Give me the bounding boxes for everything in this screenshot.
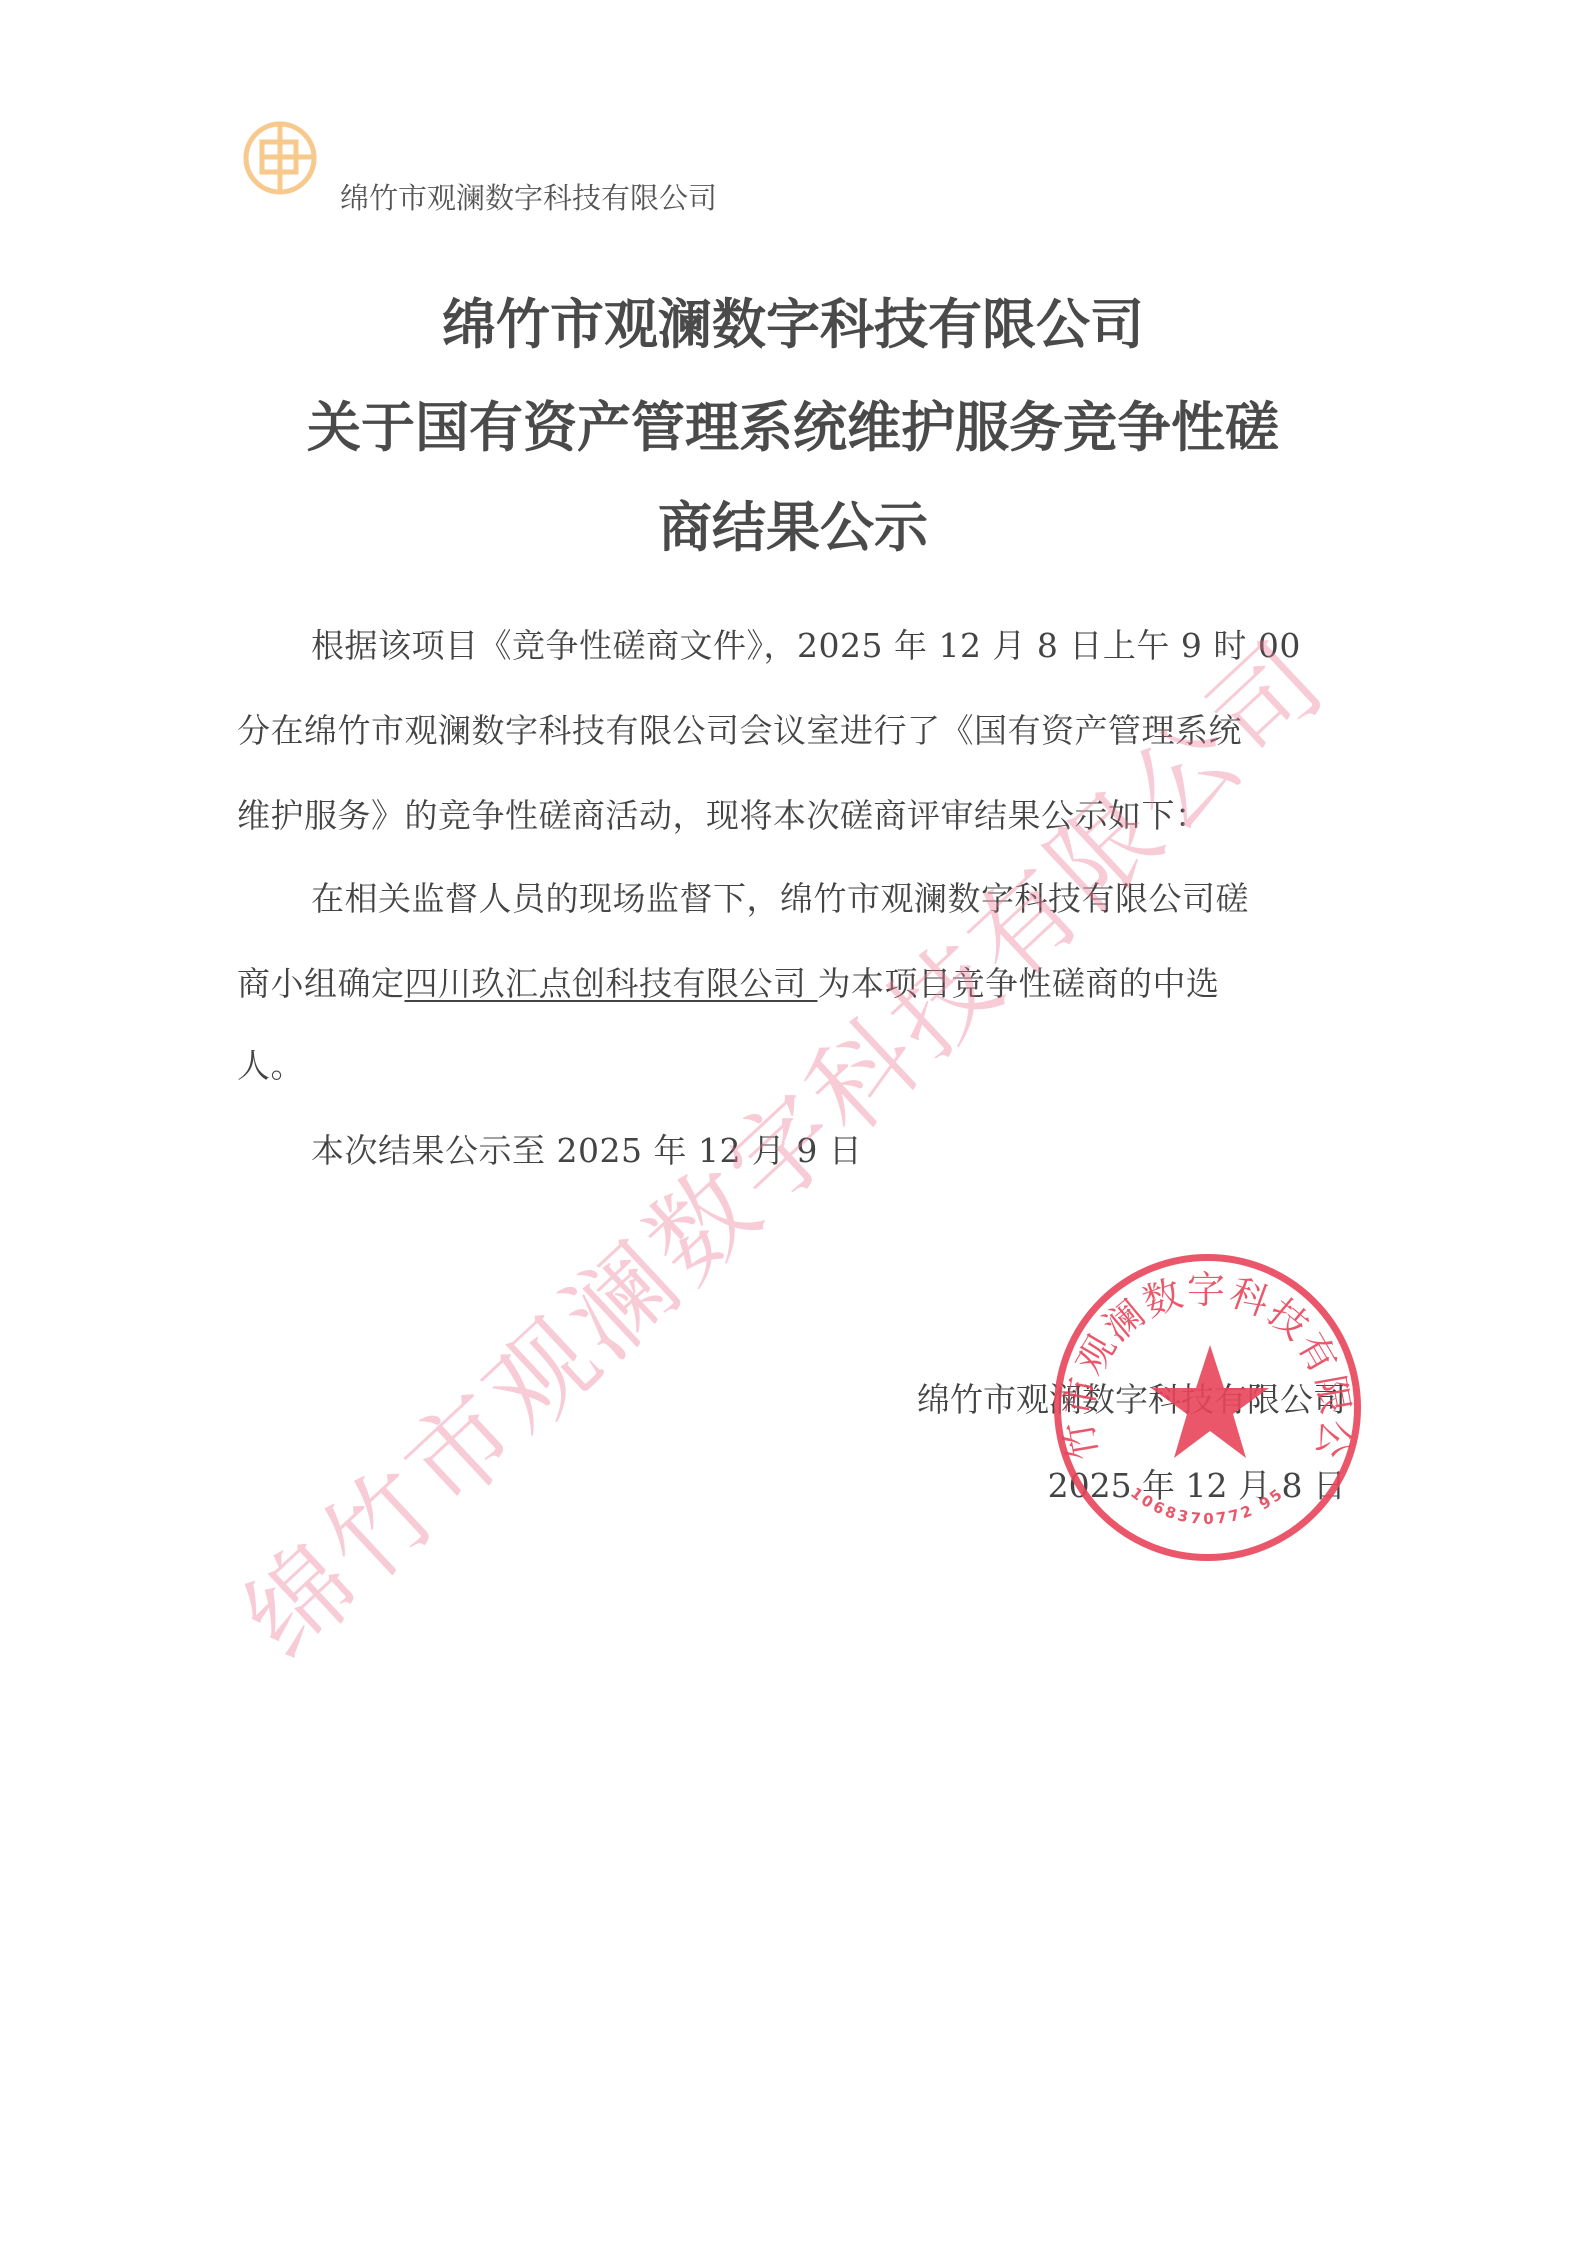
para1-line2: 分在绵竹市观澜数字科技有限公司会议室进行了《国有资产管理系统 bbox=[237, 705, 1242, 752]
seal-text: 绵竹市观澜数字科技有限公司 bbox=[1050, 1250, 1358, 1463]
title-line-3: 商结果公示 bbox=[0, 485, 1586, 562]
svg-text:绵竹市观澜数字科技有限公司: 绵竹市观澜数字科技有限公司 bbox=[1050, 1250, 1358, 1463]
company-logo-icon bbox=[240, 118, 320, 198]
para1-line1: 根据该项目《竞争性磋商文件》，2025 年 12 月 8 日上午 9 时 00 bbox=[311, 620, 1301, 667]
signature-company: 绵竹市观澜数字科技有限公司 bbox=[917, 1374, 1346, 1421]
title-line-1: 绵竹市观澜数字科技有限公司 bbox=[0, 282, 1586, 359]
para2-line1: 在相关监督人员的现场监督下，绵竹市观澜数字科技有限公司磋 bbox=[311, 873, 1249, 920]
para1-line3: 维护服务》的竞争性磋商活动，现将本次磋商评审结果公示如下： bbox=[237, 790, 1209, 837]
signature-date: 2025 年 12 月 8 日 bbox=[1048, 1460, 1346, 1507]
para3-line1: 本次结果公示至 2025 年 12 月 9 日 bbox=[311, 1125, 862, 1172]
para2-suffix: 为本项目竞争性磋商的中选 bbox=[818, 964, 1220, 1003]
para2-line2: 商小组确定四川玖汇点创科技有限公司 为本项目竞争性磋商的中选 bbox=[237, 958, 1220, 1005]
title-line-2: 关于国有资产管理系统维护服务竞争性磋 bbox=[0, 385, 1586, 462]
letterhead-company-name: 绵竹市观澜数字科技有限公司 bbox=[340, 176, 717, 217]
winner-company: 四川玖汇点创科技有限公司 bbox=[405, 964, 818, 1003]
letterhead: 绵竹市观澜数字科技有限公司 bbox=[240, 118, 800, 218]
para2-line3: 人。 bbox=[237, 1040, 304, 1087]
document-page: 绵竹市观澜数字科技有限公司 绵竹市观澜数字科技有限公司 关于国有资产管理系统维护… bbox=[0, 0, 1586, 2244]
para2-prefix: 商小组确定 bbox=[237, 964, 405, 1003]
